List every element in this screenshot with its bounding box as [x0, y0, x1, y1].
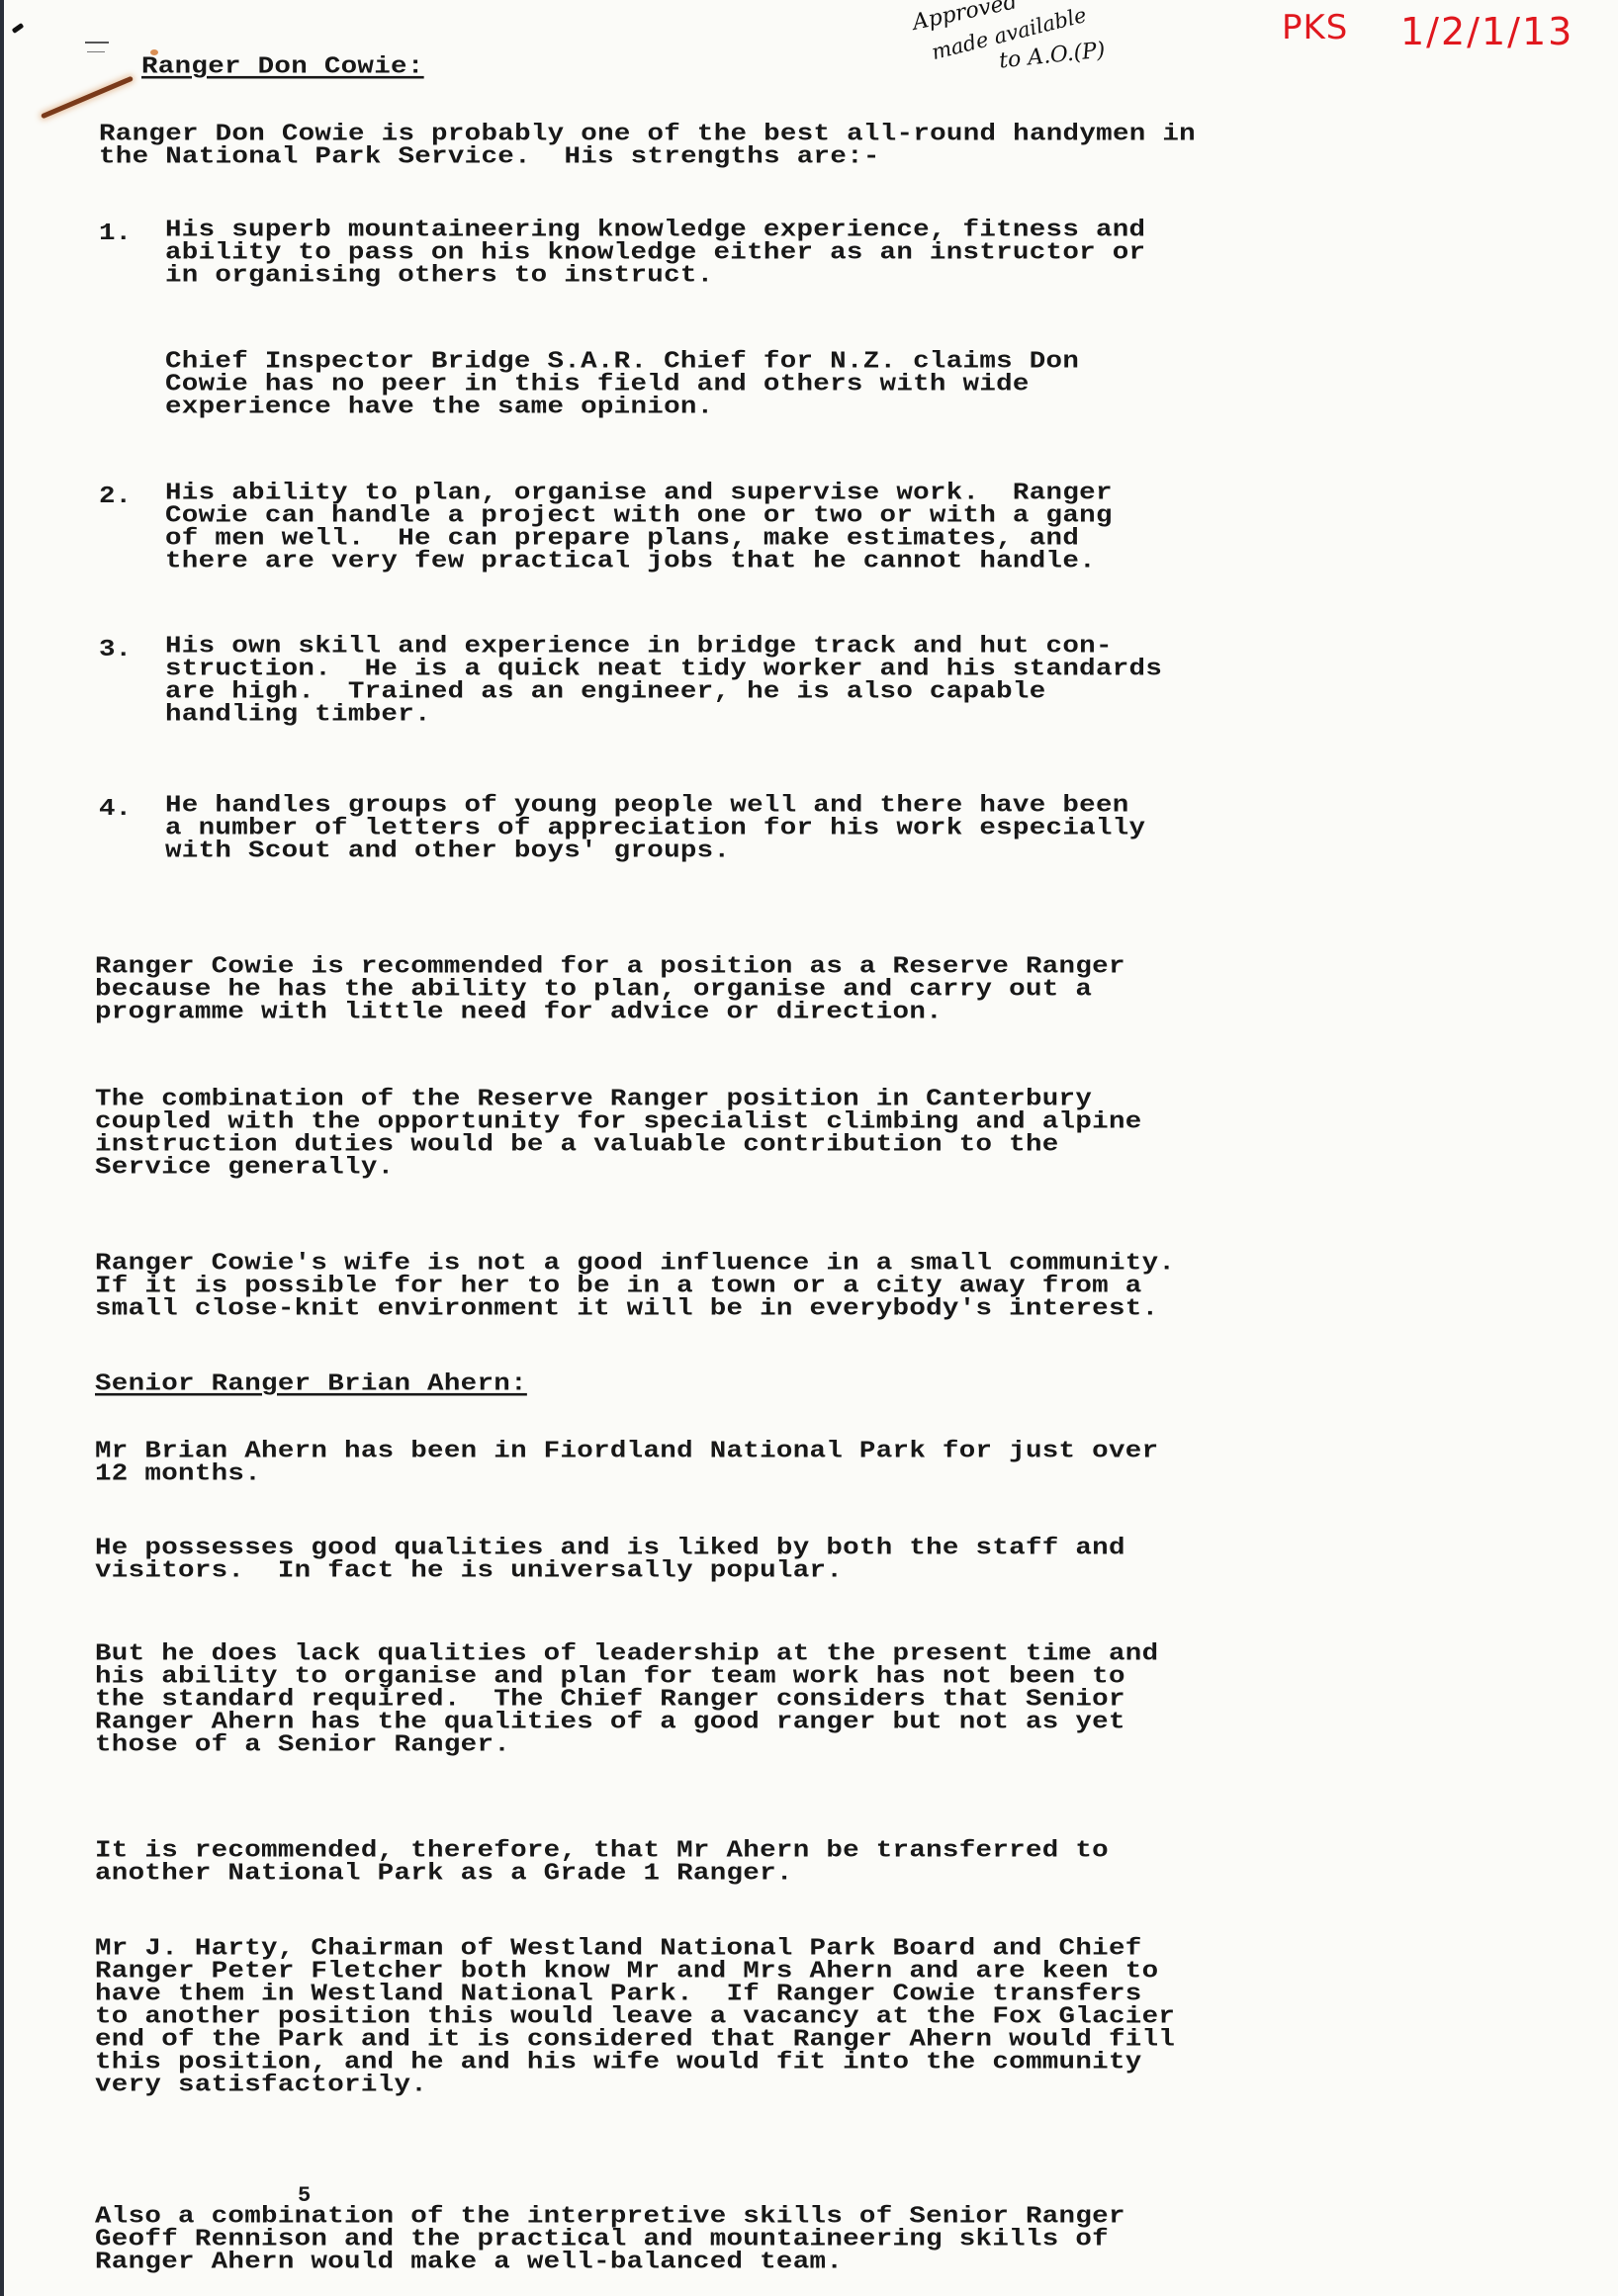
- text-line: ability to pass on his knowledge either …: [165, 243, 1145, 263]
- text-line: this position, and he and his wife would…: [95, 2053, 1142, 2073]
- text-line: very satisfactorily.: [95, 2075, 427, 2095]
- text-line: struction. He is a quick neat tidy worke…: [165, 660, 1162, 679]
- ink-mark: [87, 51, 105, 52]
- text-line: another National Park as a Grade 1 Range…: [95, 1864, 793, 1884]
- text-line: 12 months.: [95, 1464, 261, 1484]
- text-line: Ranger Peter Fletcher both know Mr and M…: [95, 1962, 1158, 1982]
- text-line: because he has the ability to plan, orga…: [95, 980, 1092, 1000]
- text-line: Geoff Rennison and the practical and mou…: [95, 2230, 1109, 2250]
- text-line: He handles groups of young people well a…: [165, 796, 1129, 816]
- scan-edge: [0, 0, 4, 2296]
- text-line: have them in Westland National Park. If …: [95, 1985, 1142, 2004]
- list-number: 3.: [99, 637, 132, 663]
- text-line: Mr Brian Ahern has been in Fiordland Nat…: [95, 1442, 1158, 1461]
- text-line: end of the Park and it is considered tha…: [95, 2030, 1175, 2050]
- list-number: 2.: [99, 484, 132, 510]
- text-line: experience have the same opinion.: [165, 397, 714, 417]
- text-line: his ability to organise and plan for tea…: [95, 1667, 1125, 1687]
- rust-stain: [41, 76, 134, 120]
- text-line: instruction duties would be a valuable c…: [95, 1135, 1059, 1155]
- red-file-reference: 1/2/1/13: [1400, 10, 1573, 53]
- section-heading-cowie: Ranger Don Cowie:: [141, 57, 424, 77]
- text-line: Ranger Ahern has the qualities of a good…: [95, 1713, 1125, 1732]
- text-line: programme with little need for advice or…: [95, 1003, 943, 1022]
- text-line: Mr J. Harty, Chairman of Westland Nation…: [95, 1939, 1142, 1959]
- text-line: those of a Senior Ranger.: [95, 1735, 510, 1755]
- text-line: Cowie has no peer in this field and othe…: [165, 375, 1030, 395]
- text-line: If it is possible for her to be in a tow…: [95, 1277, 1142, 1296]
- text-line: His superb mountaineering knowledge expe…: [165, 221, 1145, 240]
- text-line: Ranger Cowie's wife is not a good influe…: [95, 1254, 1175, 1274]
- list-number: 4.: [99, 796, 132, 823]
- text-line: His ability to plan, organise and superv…: [165, 484, 1113, 503]
- text-line: He possesses good qualities and is liked…: [95, 1539, 1125, 1558]
- text-line: It is recommended, therefore, that Mr Ah…: [95, 1841, 1109, 1861]
- text-line: Ranger Don Cowie is probably one of the …: [99, 125, 1196, 144]
- text-line: the National Park Service. His strengths…: [99, 147, 880, 167]
- text-line: Chief Inspector Bridge S.A.R. Chief for …: [165, 352, 1079, 372]
- section-heading-ahern: Senior Ranger Brian Ahern:: [95, 1374, 527, 1394]
- document-page: Approved made available to A.O.(P) PKS 1…: [0, 0, 1618, 2296]
- text-line: Ranger Cowie is recommended for a positi…: [95, 957, 1125, 977]
- text-line: Cowie can handle a project with one or t…: [165, 506, 1113, 526]
- ink-mark: [85, 42, 109, 44]
- text-line: a number of letters of appreciation for …: [165, 819, 1145, 839]
- text-line: to another position this would leave a v…: [95, 2007, 1175, 2027]
- text-line: are high. Trained as an engineer, he is …: [165, 682, 1046, 702]
- red-initials: PKS: [1282, 8, 1348, 47]
- text-line: visitors. In fact he is universally popu…: [95, 1561, 843, 1581]
- text-line: small close-knit environment it will be …: [95, 1299, 1158, 1319]
- text-line: of men well. He can prepare plans, make …: [165, 529, 1079, 549]
- text-line: Service generally.: [95, 1158, 394, 1178]
- text-line: His own skill and experience in bridge t…: [165, 637, 1113, 657]
- text-line: But he does lack qualities of leadership…: [95, 1644, 1158, 1664]
- text-line: with Scout and other boys' groups.: [165, 841, 730, 861]
- text-line: the standard required. The Chief Ranger …: [95, 1690, 1125, 1710]
- text-line: there are very few practical jobs that h…: [165, 552, 1096, 572]
- list-number: 1.: [99, 221, 132, 247]
- text-line: Also a combination of the interpretive s…: [95, 2207, 1125, 2227]
- ink-mark: [12, 23, 25, 34]
- text-line: handling timber.: [165, 705, 431, 725]
- text-line: in organising others to instruct.: [165, 266, 714, 286]
- text-line: Ranger Ahern would make a well-balanced …: [95, 2252, 843, 2272]
- text-line: The combination of the Reserve Ranger po…: [95, 1090, 1092, 1109]
- text-line: coupled with the opportunity for special…: [95, 1112, 1142, 1132]
